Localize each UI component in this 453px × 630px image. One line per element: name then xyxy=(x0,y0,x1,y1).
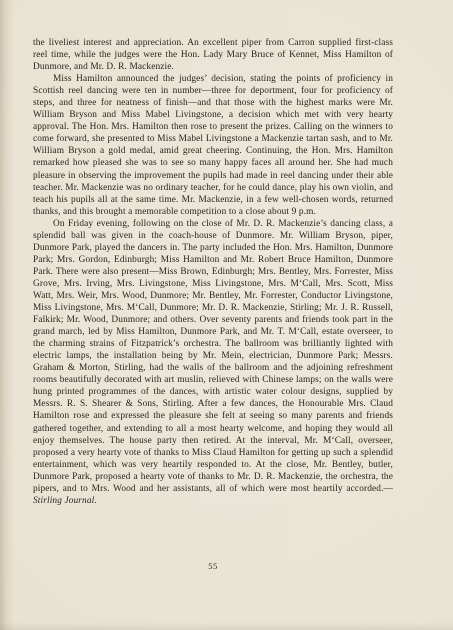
paragraph: Miss Hamilton announced the judges’ deci… xyxy=(33,73,393,218)
scanned-book-page: the liveliest interest and appreciation.… xyxy=(0,0,453,630)
paragraph-continuation: the liveliest interest and appreciation.… xyxy=(33,37,393,73)
paragraph: On Friday evening, following on the clos… xyxy=(33,218,393,507)
paragraph-text: On Friday evening, following on the clos… xyxy=(33,219,393,494)
page-number: 55 xyxy=(33,561,393,571)
paragraph-text: Miss Hamilton announced the judges’ deci… xyxy=(33,74,393,217)
paragraph-text: the liveliest interest and appreciation.… xyxy=(33,38,393,72)
page-edge-shadow xyxy=(0,622,453,630)
source-attribution: Stirling Journal. xyxy=(33,496,97,506)
page-text-block: the liveliest interest and appreciation.… xyxy=(33,37,393,507)
